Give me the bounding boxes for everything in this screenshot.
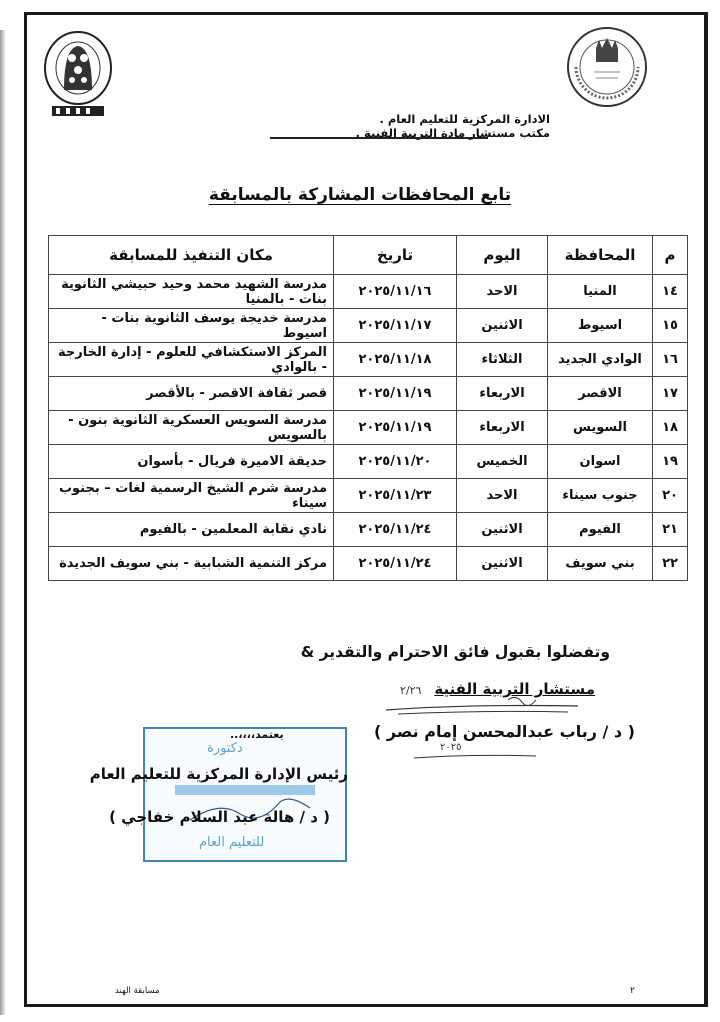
cell-day: الاربعاء [457, 411, 548, 445]
cell-venue: المركز الاستكشافي للعلوم - إدارة الخارجة… [49, 343, 334, 377]
cell-governorate: الوادي الجديد [548, 343, 653, 377]
cell-venue: مدرسة شرم الشيخ الرسمية لغات – بجنوب سين… [49, 479, 334, 513]
table-header-row: م المحافظة اليوم تاريخ مكان التنفيذ للمس… [49, 236, 688, 275]
cell-day: الاربعاء [457, 377, 548, 411]
cell-date: ٢٠٢٥/١١/٢٤ [334, 513, 457, 547]
cell-venue: نادي نقابة المعلمين - بالفيوم [49, 513, 334, 547]
cell-num: ١٩ [653, 445, 688, 479]
cell-num: ٢٢ [653, 547, 688, 581]
central-admin-head-name: ( د / هالة عبد السلام خفاجي ) [109, 808, 330, 826]
table-row: ٢٠ جنوب سيناء الاحد ٢٠٢٥/١١/٢٣ مدرسة شرم… [49, 479, 688, 513]
cell-date: ٢٠٢٥/١١/١٨ [334, 343, 457, 377]
table-row: ٢٢ بني سويف الاثنين ٢٠٢٥/١١/٢٤ مركز التن… [49, 547, 688, 581]
central-admin-head-title: رئيس الإدارة المركزية للتعليم العام [90, 765, 348, 783]
cell-day: الاثنين [457, 513, 548, 547]
cell-venue: مدرسة خديجة يوسف الثانوية بنات - اسيوط [49, 309, 334, 343]
cell-day: الاثنين [457, 309, 548, 343]
cell-governorate: اسوان [548, 445, 653, 479]
table-row: ١٩ اسوان الخميس ٢٠٢٥/١١/٢٠ حديقة الاميرة… [49, 445, 688, 479]
closing-salutation: وتفضلوا بقبول فائق الاحترام والتقدير & [210, 643, 610, 661]
cell-day: الثلاثاء [457, 343, 548, 377]
cell-day: الاثنين [457, 547, 548, 581]
table-row: ١٧ الاقصر الاربعاء ٢٠٢٥/١١/١٩ قصر ثقافة … [49, 377, 688, 411]
scan-edge-shadow [0, 30, 6, 1015]
page-number: ٢ [630, 986, 635, 996]
advisor-handwritten-date: ٢/٢٦ [400, 684, 421, 697]
cell-venue: مركز التنمية الشبابية - بني سويف الجديدة [49, 547, 334, 581]
cell-venue: حديقة الاميرة فريال - بأسوان [49, 445, 334, 479]
cell-num: ١٥ [653, 309, 688, 343]
advisor-name: ( د / رباب عبدالمحسن إمام نصر ) [374, 722, 635, 741]
table-row: ١٦ الوادي الجديد الثلاثاء ٢٠٢٥/١١/١٨ الم… [49, 343, 688, 377]
header-divider [270, 137, 488, 139]
col-header-day: اليوم [457, 236, 548, 275]
cell-num: ١٦ [653, 343, 688, 377]
document-title: تابع المحافظات المشاركة بالمسابقة [0, 185, 720, 205]
cell-num: ٢١ [653, 513, 688, 547]
cell-num: ١٤ [653, 275, 688, 309]
cell-num: ١٧ [653, 377, 688, 411]
cell-date: ٢٠٢٥/١١/٢٤ [334, 547, 457, 581]
cell-num: ٢٠ [653, 479, 688, 513]
col-header-num: م [653, 236, 688, 275]
cell-venue: مدرسة الشهيد محمد وحيد حبيشي الثانوية بن… [49, 275, 334, 309]
governorates-table: م المحافظة اليوم تاريخ مكان التنفيذ للمس… [48, 235, 688, 581]
col-header-governorate: المحافظة [548, 236, 653, 275]
cell-num: ١٨ [653, 411, 688, 445]
cell-venue: مدرسة السويس العسكرية الثانوية بنون - با… [49, 411, 334, 445]
cell-governorate: اسيوط [548, 309, 653, 343]
cell-date: ٢٠٢٥/١١/١٦ [334, 275, 457, 309]
cell-governorate: الاقصر [548, 377, 653, 411]
table-row: ١٨ السويس الاربعاء ٢٠٢٥/١١/١٩ مدرسة السو… [49, 411, 688, 445]
issuing-office: الادارة المركزية للتعليم العام . مكتب مس… [356, 112, 550, 140]
table-row: ١٥ اسيوط الاثنين ٢٠٢٥/١١/١٧ مدرسة خديجة … [49, 309, 688, 343]
cell-day: الاحد [457, 275, 548, 309]
cell-date: ٢٠٢٥/١١/١٩ [334, 411, 457, 445]
ministry-seal-icon [566, 26, 648, 108]
cell-governorate: بني سويف [548, 547, 653, 581]
table-row: ٢١ الفيوم الاثنين ٢٠٢٥/١١/٢٤ نادي نقابة … [49, 513, 688, 547]
stamp-line-general-education: للتعليم العام [199, 835, 264, 850]
cell-governorate: المنيا [548, 275, 653, 309]
advisor-underline-stroke-icon [410, 750, 540, 764]
cell-day: الاحد [457, 479, 548, 513]
col-header-venue: مكان التنفيذ للمسابقة [49, 236, 334, 275]
approval-note: يعتمد،،،،.. [230, 728, 284, 741]
cell-governorate: السويس [548, 411, 653, 445]
stamp-line-doctor: دكتورة [207, 741, 243, 756]
cell-date: ٢٠٢٥/١١/٢٣ [334, 479, 457, 513]
cell-date: ٢٠٢٥/١١/١٩ [334, 377, 457, 411]
col-header-date: تاريخ [334, 236, 457, 275]
cell-day: الخميس [457, 445, 548, 479]
advisor-office-emblem-icon [42, 28, 114, 120]
footer-competition-label: مسابقة الهند [115, 986, 160, 996]
cell-governorate: جنوب سيناء [548, 479, 653, 513]
cell-governorate: الفيوم [548, 513, 653, 547]
cell-date: ٢٠٢٥/١١/١٧ [334, 309, 457, 343]
org-line-central-admin: الادارة المركزية للتعليم العام . [356, 112, 550, 126]
cell-date: ٢٠٢٥/١١/٢٠ [334, 445, 457, 479]
table-row: ١٤ المنيا الاحد ٢٠٢٥/١١/١٦ مدرسة الشهيد … [49, 275, 688, 309]
cell-venue: قصر ثقافة الاقصر - بالأقصر [49, 377, 334, 411]
